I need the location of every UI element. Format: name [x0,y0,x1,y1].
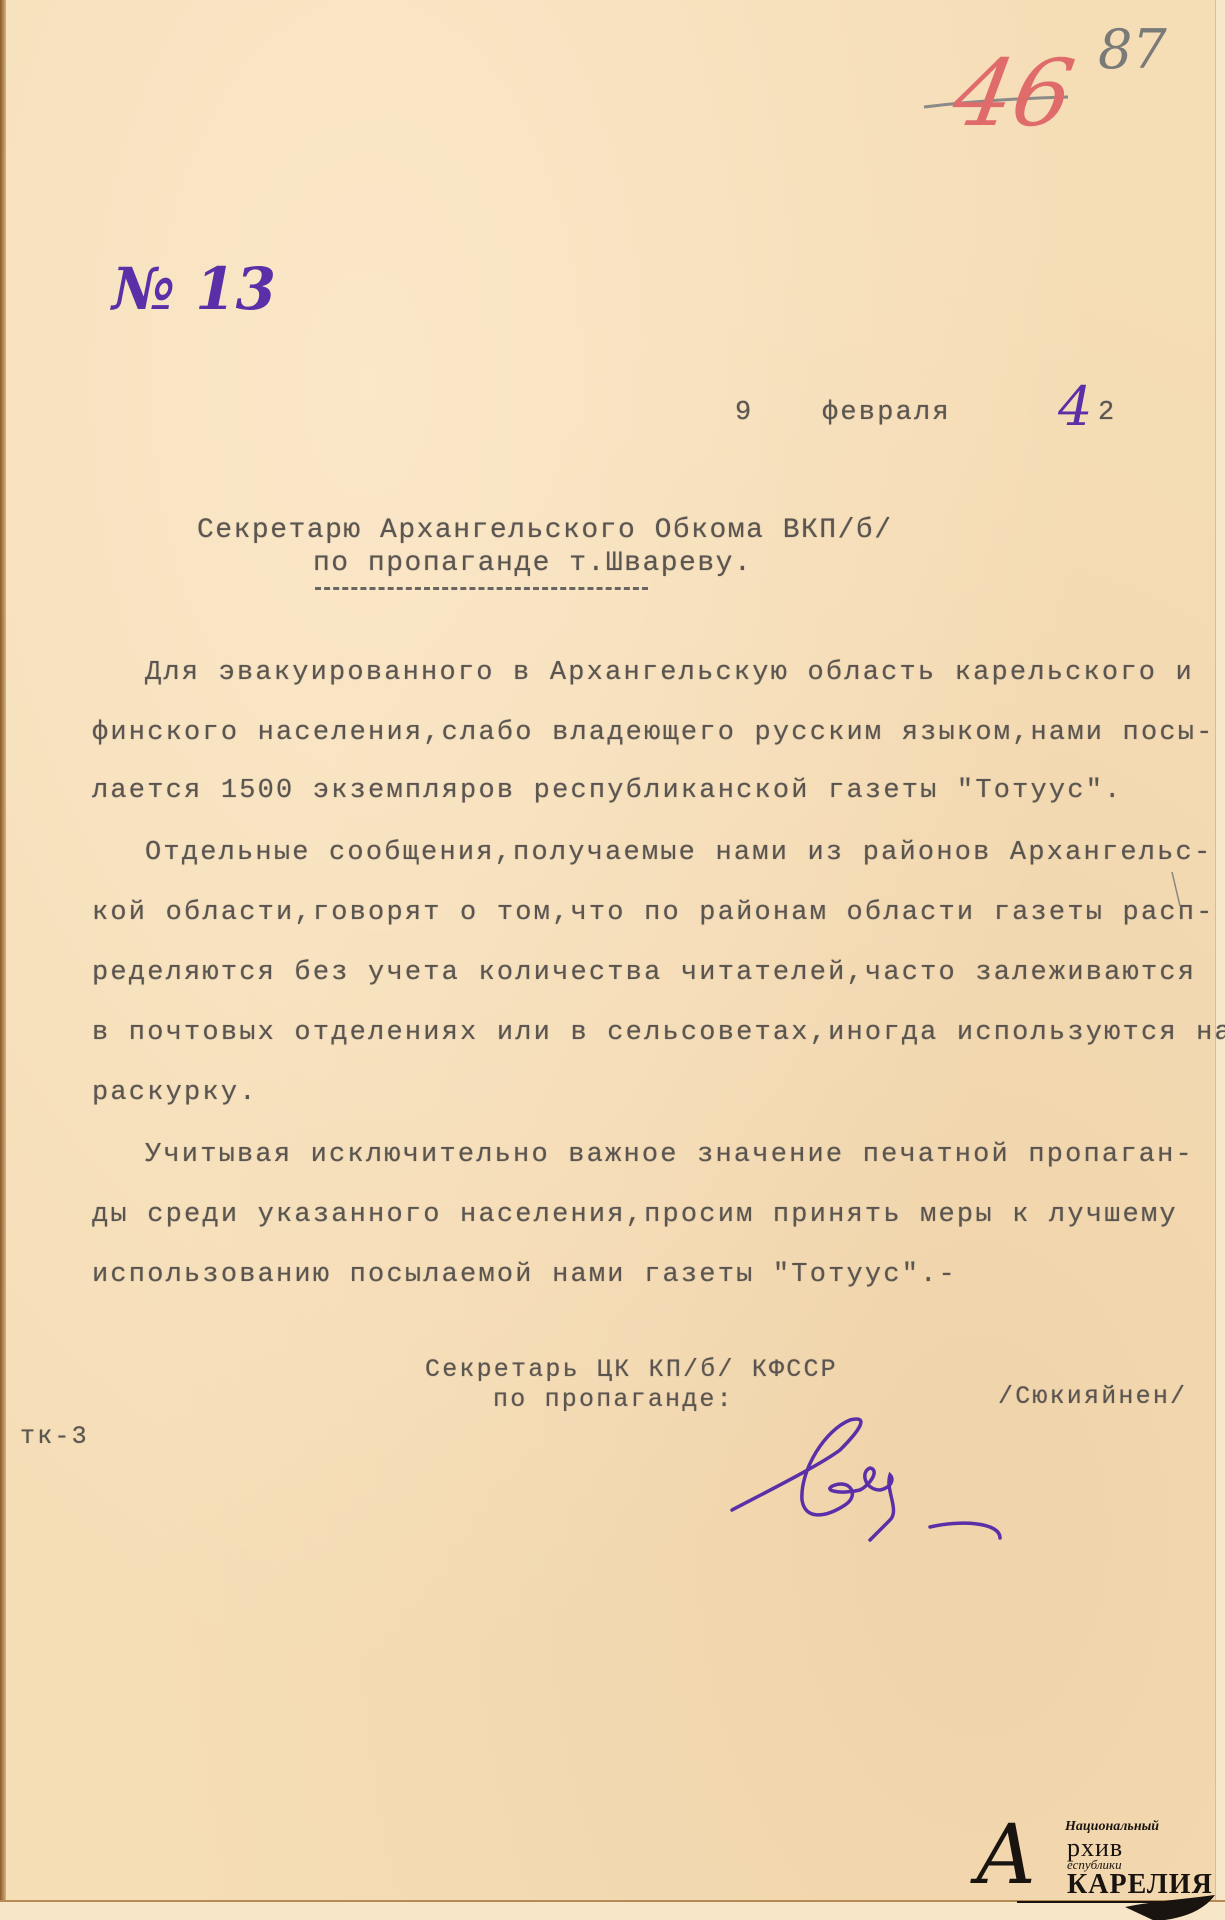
margin-tick-mark [1170,870,1190,910]
addressee-underline [315,587,648,590]
date-month: февраля [822,398,951,428]
date-day: 9 [735,398,753,428]
body-line: Для эвакуированного в Архангельскую обла… [145,658,1194,688]
addressee-line-2: по пропаганде т.Швареву. [313,548,752,579]
body-line: ределяются без учета количества читателе… [92,958,1196,988]
date-year-handwritten: 4 [1058,375,1092,438]
body-line: лается 1500 экземпляров республиканской … [92,776,1123,806]
body-line: использованию посылаемой нами газеты "То… [92,1260,957,1290]
body-line: кой области,говорят о том,что по районам… [92,898,1215,928]
signatory-title-line-1: Секретарь ЦК КП/б/ КФССР [425,1355,838,1384]
body-line: Отдельные сообщения,получаемые нами из р… [145,838,1212,868]
body-line: раскурку. [92,1078,258,1108]
body-line: Учитывая исключительно важное значение п… [145,1140,1194,1170]
registry-number: № 13 [112,255,276,323]
right-paper-edge [1215,0,1225,1920]
left-binding-edge [0,0,6,1900]
date-year-typed: 2 [1098,398,1116,428]
signatory-name: /Сюкияйнен/ [998,1382,1187,1411]
archive-watermark-logo: А Национальный рхив еспублики КАРЕЛИЯ [975,1815,1215,1905]
quill-pen-icon [1125,1895,1215,1920]
body-line: ды среди указанного населения,просим при… [92,1200,1178,1230]
handwritten-signature-icon [730,1410,1030,1560]
old-page-number: 46 [946,40,1082,147]
signatory-title-line-2: по пропаганде: [493,1385,734,1414]
document-page: 46 87 № 13 9 февраля 4 2 Секретарю Архан… [0,0,1225,1920]
typist-mark: тк-3 [20,1422,89,1451]
logo-monogram: А [975,1815,1037,1897]
body-line: финского населения,слабо владеющего русс… [92,718,1215,748]
new-page-number: 87 [1098,18,1167,81]
addressee-line-1: Секретарю Архангельского Обкома ВКП/б/ [197,515,893,546]
body-line: в почтовых отделениях или в сельсоветах,… [92,1018,1225,1048]
